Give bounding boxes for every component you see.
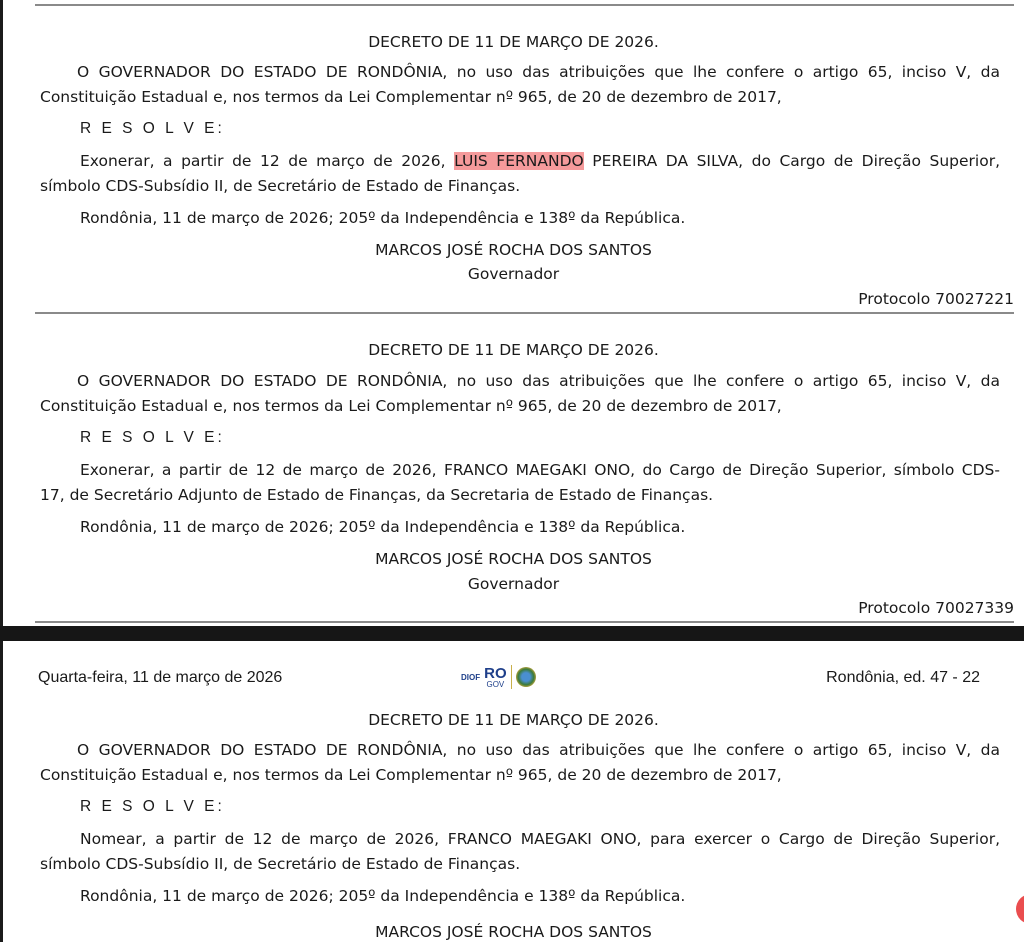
decree-protocol: Protocolo 70027339 bbox=[858, 598, 1014, 618]
page-header-edition: Rondônia, ed. 47 - 22 bbox=[826, 669, 980, 687]
separator-rule bbox=[35, 621, 1014, 623]
decree-body-line-1: Exonerar, a partir de 12 de março de 202… bbox=[80, 151, 1000, 171]
separator-rule bbox=[35, 4, 1014, 6]
decree-preamble-line-1: O GOVERNADOR DO ESTADO DE RONDÔNIA, no u… bbox=[77, 740, 1000, 760]
body-text: PEREIRA DA SILVA, do Cargo de Direção Su… bbox=[584, 152, 1000, 170]
decree-body-line-1: Exonerar, a partir de 12 de março de 202… bbox=[80, 460, 1000, 480]
body-text: Exonerar, a partir de 12 de março de 202… bbox=[80, 152, 454, 170]
state-emblem-icon bbox=[516, 667, 536, 687]
decree-preamble-line-1: O GOVERNADOR DO ESTADO DE RONDÔNIA, no u… bbox=[77, 371, 1000, 391]
decree-role: Governador bbox=[3, 574, 1024, 594]
decree-signatory: MARCOS JOSÉ ROCHA DOS SANTOS bbox=[3, 922, 1024, 942]
decree-protocol: Protocolo 70027221 bbox=[858, 289, 1014, 309]
decree-title: DECRETO DE 11 DE MARÇO DE 2026. bbox=[3, 710, 1024, 730]
decree-body-line-1: Nomear, a partir de 12 de março de 2026,… bbox=[80, 829, 1000, 849]
logo-gov-text: GOV bbox=[486, 681, 504, 689]
highlighted-name[interactable]: LUIS FERNANDO bbox=[454, 152, 584, 170]
document-page-2: Quarta-feira, 11 de março de 2026 DIOF R… bbox=[3, 641, 1024, 942]
decree-signatory: MARCOS JOSÉ ROCHA DOS SANTOS bbox=[3, 240, 1024, 260]
decree-title: DECRETO DE 11 DE MARÇO DE 2026. bbox=[3, 340, 1024, 360]
decree-preamble-line-2: Constituição Estadual e, nos termos da L… bbox=[40, 396, 782, 416]
logo-divider bbox=[511, 665, 512, 689]
decree-title: DECRETO DE 11 DE MARÇO DE 2026. bbox=[3, 32, 1024, 52]
decree-dateline: Rondônia, 11 de março de 2026; 205º da I… bbox=[80, 208, 685, 228]
logo-ro: RO GOV bbox=[484, 666, 507, 689]
page-gap bbox=[0, 626, 1024, 641]
decree-resolve: R E S O L V E: bbox=[80, 428, 225, 448]
diof-ro-gov-logo: DIOF RO GOV bbox=[461, 663, 536, 691]
decree-preamble-line-2: Constituição Estadual e, nos termos da L… bbox=[40, 765, 782, 785]
decree-resolve: R E S O L V E: bbox=[80, 119, 225, 139]
logo-diof-text: DIOF bbox=[461, 673, 480, 682]
separator-rule bbox=[35, 312, 1014, 314]
document-page-1: DECRETO DE 11 DE MARÇO DE 2026. O GOVERN… bbox=[3, 0, 1024, 626]
page-header-date: Quarta-feira, 11 de março de 2026 bbox=[38, 669, 282, 687]
decree-role: Governador bbox=[3, 264, 1024, 284]
decree-body-line-2: 17, de Secretário Adjunto de Estado de F… bbox=[40, 485, 713, 505]
decree-preamble-line-1: O GOVERNADOR DO ESTADO DE RONDÔNIA, no u… bbox=[77, 62, 1000, 82]
decree-body-line-2: símbolo CDS-Subsídio II, de Secretário d… bbox=[40, 176, 520, 196]
decree-preamble-line-2: Constituição Estadual e, nos termos da L… bbox=[40, 87, 782, 107]
decree-resolve: R E S O L V E: bbox=[80, 797, 225, 817]
logo-ro-text: RO bbox=[484, 666, 507, 681]
decree-signatory: MARCOS JOSÉ ROCHA DOS SANTOS bbox=[3, 549, 1024, 569]
decree-dateline: Rondônia, 11 de março de 2026; 205º da I… bbox=[80, 517, 685, 537]
decree-body-line-2: símbolo CDS-Subsídio II, de Secretário d… bbox=[40, 854, 520, 874]
decree-dateline: Rondônia, 11 de março de 2026; 205º da I… bbox=[80, 886, 685, 906]
